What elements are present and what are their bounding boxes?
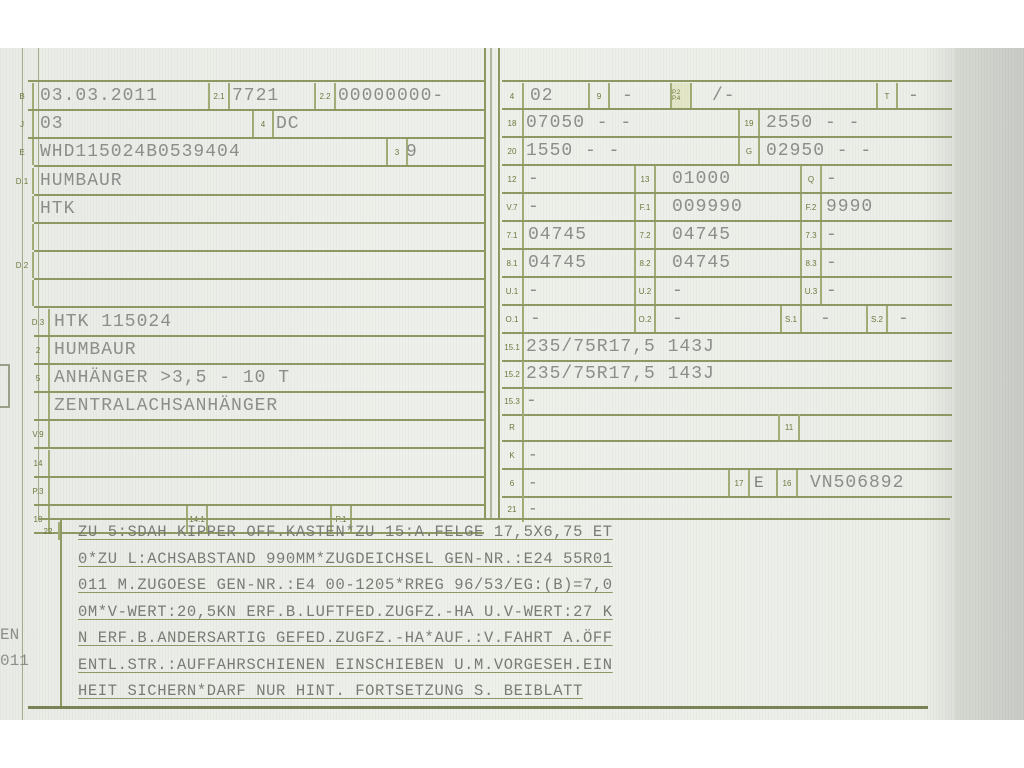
field-label: D.3 xyxy=(28,309,50,335)
divider xyxy=(34,447,484,449)
divider xyxy=(28,706,928,709)
background-surface xyxy=(955,48,1024,720)
remarks-line: ENTL.STR.:AUFFAHRSCHIENEN EINSCHIEBEN U.… xyxy=(78,653,613,677)
field-label: G xyxy=(738,138,760,164)
field-value: - xyxy=(528,278,540,304)
field-label: K xyxy=(502,442,524,468)
field-value: 02 xyxy=(530,83,554,109)
field-value: - xyxy=(672,306,684,332)
divider xyxy=(502,276,952,278)
field-label: 7.2 xyxy=(634,222,656,248)
field-value: - xyxy=(908,83,920,109)
field-value: WHD115024B0539404 xyxy=(40,139,241,165)
field-label: 5 xyxy=(28,365,50,391)
field-label: 19 xyxy=(738,110,760,136)
field-value: - xyxy=(826,278,838,304)
field-label xyxy=(28,393,50,419)
field-label: 4 xyxy=(252,111,274,137)
divider xyxy=(34,419,484,421)
field-value: - xyxy=(622,83,634,109)
field-label: 13 xyxy=(634,166,656,192)
divider xyxy=(502,414,952,416)
field-value: - xyxy=(528,166,540,192)
field-value: ANHÄNGER >3,5 - 10 T xyxy=(54,365,290,391)
field-label xyxy=(12,280,34,306)
field-label: T xyxy=(876,83,898,109)
field-label: 2 xyxy=(28,337,50,363)
field-label: 16 xyxy=(776,470,798,496)
field-value: - xyxy=(528,442,539,468)
field-value: 1550 - - xyxy=(526,138,620,164)
field-value: 01000 xyxy=(672,166,731,192)
divider xyxy=(34,476,484,478)
field-label: F.2 xyxy=(800,194,822,220)
divider xyxy=(502,496,952,498)
field-label: 7.3 xyxy=(800,222,822,248)
field-value: - xyxy=(528,194,540,220)
remarks-line: HEIT SICHERN*DARF NUR HINT. FORTSETZUNG … xyxy=(78,679,583,703)
field-value: - xyxy=(530,306,542,332)
divider xyxy=(34,250,484,252)
field-value: 02950 - - xyxy=(766,138,872,164)
field-value: 03 xyxy=(40,111,64,137)
field-value: - xyxy=(826,250,838,276)
field-label: 4 xyxy=(502,83,524,109)
field-label: D.1 xyxy=(12,168,34,194)
field-label: O.2 xyxy=(634,306,656,332)
field-label: 2.1 xyxy=(208,83,230,109)
edge-text: 011 xyxy=(0,652,29,670)
field-value: 04745 xyxy=(528,222,587,248)
remarks-line: 0*ZU L:ACHSABSTAND 990MM*ZUGDEICHSEL GEN… xyxy=(78,547,613,571)
edge-box xyxy=(0,364,10,408)
tire-size-value: 235/75R17,5 143J xyxy=(526,334,715,360)
field-label: 7.1 xyxy=(502,222,524,248)
field-label: 15.3 xyxy=(502,388,524,414)
divider xyxy=(60,518,62,708)
field-value: 009990 xyxy=(672,194,743,220)
field-value: HTK xyxy=(40,196,75,222)
remarks-line: 011 M.ZUGOESE GEN-NR.:E4 00-1205*RREG 96… xyxy=(78,573,613,597)
center-divider xyxy=(484,48,486,518)
remarks-line: N ERF.B.ANDERSARTIG GEFED.ZUGFZ.-HA*AUF.… xyxy=(78,626,613,650)
field-value: 00000000- xyxy=(338,83,444,109)
field-label: 8.2 xyxy=(634,250,656,276)
remarks-line: 0M*V-WERT:20,5KN ERF.B.LUFTFED.ZUGFZ.-HA… xyxy=(78,600,613,624)
field-label: V.7 xyxy=(502,194,524,220)
field-value: E xyxy=(754,470,765,496)
field-label: 20 xyxy=(502,138,524,164)
field-label: R xyxy=(502,414,524,440)
field-value: 04745 xyxy=(528,250,587,276)
field-value: 03.03.2011 xyxy=(40,83,158,109)
divider xyxy=(34,504,484,506)
center-divider xyxy=(498,48,500,518)
field-value: HTK 115024 xyxy=(54,309,172,335)
tire-size-value: 235/75R17,5 143J xyxy=(526,361,715,387)
field-label: 11 xyxy=(778,414,800,440)
field-value: ZENTRALACHSANHÄNGER xyxy=(54,393,278,419)
field-value: DC xyxy=(276,111,300,137)
field-label: Q xyxy=(800,166,822,192)
field-value: - xyxy=(826,222,838,248)
field-label: E xyxy=(12,139,34,165)
divider xyxy=(502,80,952,82)
registration-document-photo: B03.03.20112.177212.200000000-J034DCEWHD… xyxy=(0,48,1024,720)
field-label: V.9 xyxy=(28,421,50,447)
field-label xyxy=(12,224,34,250)
field-label: B xyxy=(12,83,34,109)
field-label xyxy=(12,196,34,222)
field-label: 3 xyxy=(386,139,408,165)
field-label: 8.1 xyxy=(502,250,524,276)
field-value: - xyxy=(898,306,910,332)
divider xyxy=(34,194,484,196)
field-label: 2.2 xyxy=(314,83,336,109)
field-label: 15.1 xyxy=(502,334,524,360)
field-label: 18 xyxy=(502,110,524,136)
field-value: - xyxy=(528,470,539,496)
field-label: O.1 xyxy=(502,306,524,332)
field-label: J xyxy=(12,111,34,137)
field-label: D.2 xyxy=(12,252,34,278)
field-label: P.3 xyxy=(28,478,50,504)
field-value: HUMBAUR xyxy=(40,168,123,194)
divider xyxy=(34,165,484,167)
field-label: 15.2 xyxy=(502,361,524,387)
divider xyxy=(502,440,952,442)
field-value: - xyxy=(820,306,832,332)
field-label: 14 xyxy=(28,450,50,476)
field-label: 12 xyxy=(502,166,524,192)
field-value: - xyxy=(826,166,838,192)
field-label: 6 xyxy=(502,470,524,496)
field-value: 04745 xyxy=(672,250,731,276)
field-label: 22 xyxy=(38,522,60,540)
field-label: U.1 xyxy=(502,278,524,304)
field-label: P.2 P.4 xyxy=(670,83,692,109)
field-label: F.1 xyxy=(634,194,656,220)
field-value: 7721 xyxy=(232,83,279,109)
field-value: VN506892 xyxy=(810,470,904,496)
edge-text: EN xyxy=(0,626,19,644)
divider xyxy=(502,387,952,389)
field-label: S.2 xyxy=(866,306,888,332)
divider xyxy=(34,222,484,224)
field-value: - xyxy=(672,278,684,304)
field-label: 17 xyxy=(728,470,750,496)
field-value: 9 xyxy=(406,139,418,165)
remarks-line: ZU 5:SDAH KIPPER OFF.KASTEN*ZU 15:A.FELG… xyxy=(78,520,613,544)
field-label: 8.3 xyxy=(800,250,822,276)
field-value: HUMBAUR xyxy=(54,337,137,363)
field-label: U.2 xyxy=(634,278,656,304)
field-value: /- xyxy=(712,83,736,109)
field-label: U.3 xyxy=(800,278,822,304)
center-divider xyxy=(490,48,492,518)
field-value: 04745 xyxy=(672,222,731,248)
field-value: 9990 xyxy=(826,194,873,220)
field-label: 9 xyxy=(588,83,610,109)
field-value: 2550 - - xyxy=(766,110,860,136)
divider xyxy=(34,278,484,280)
tire-size-value: - xyxy=(526,388,538,414)
divider xyxy=(28,80,484,82)
divider xyxy=(34,306,484,308)
field-label: S.1 xyxy=(780,306,802,332)
field-value: 07050 - - xyxy=(526,110,632,136)
